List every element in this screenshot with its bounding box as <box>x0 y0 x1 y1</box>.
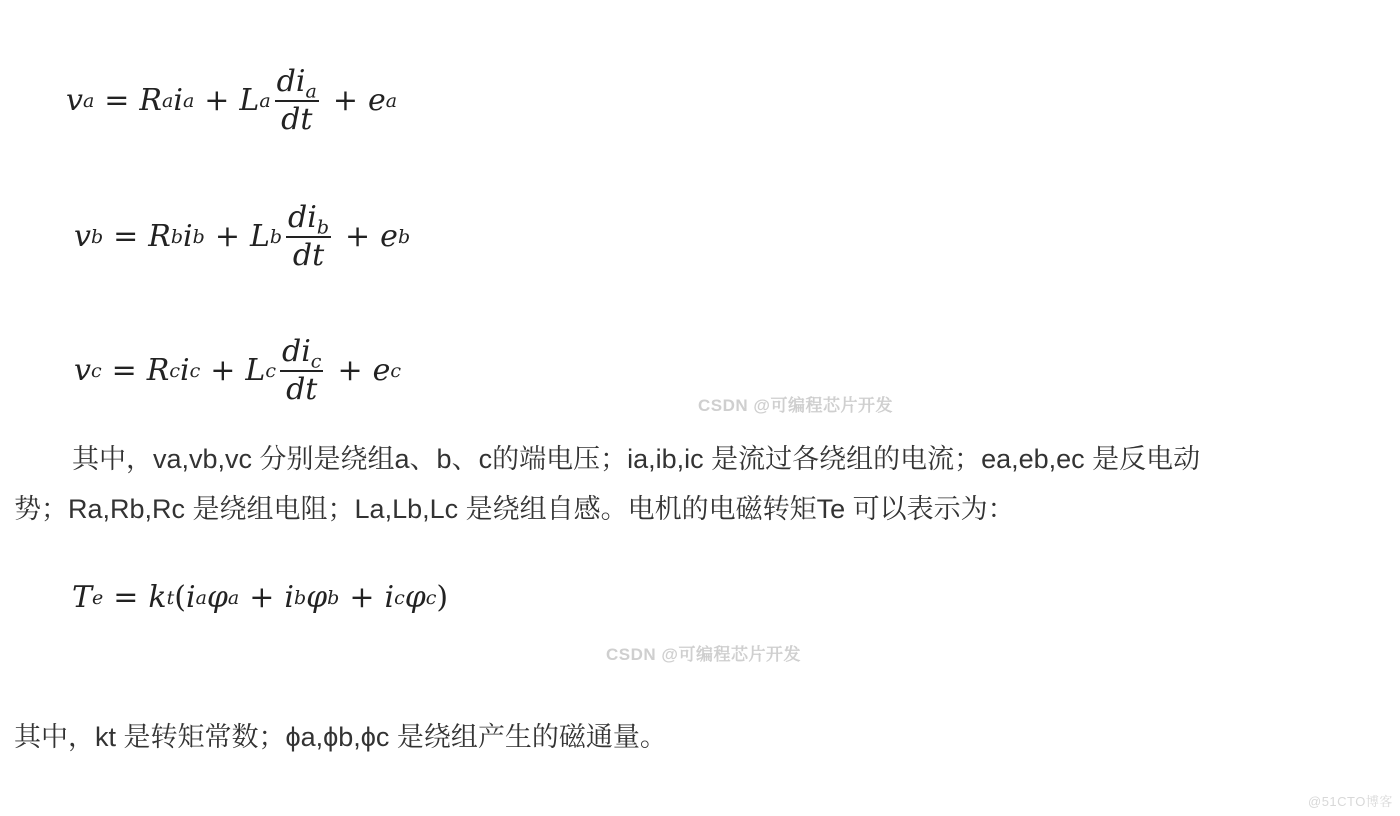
var: L <box>239 83 259 118</box>
var: i <box>186 580 196 615</box>
var: φ <box>207 580 228 615</box>
var: i <box>284 580 294 615</box>
var: e <box>380 219 398 254</box>
den: dt <box>286 372 317 407</box>
paragraph-definitions: 其中，va,vb,vc 分别是绕组a、b、c的端电压；ia,ib,ic 是流过各… <box>14 434 1394 534</box>
var: L <box>250 219 270 254</box>
var: v <box>66 83 83 118</box>
var: i <box>180 353 190 388</box>
var: φ <box>306 580 327 615</box>
plus: + <box>215 219 240 254</box>
plus: + <box>333 83 358 118</box>
den: dt <box>281 102 312 137</box>
plus: + <box>249 580 274 615</box>
sub: c <box>311 351 322 373</box>
equals: = <box>112 353 137 388</box>
paragraph-line: 其中，va,vb,vc 分别是绕组a、b、c的端电压；ia,ib,ic 是流过各… <box>14 434 1394 484</box>
var: T <box>72 580 92 615</box>
var: i <box>173 83 183 118</box>
equation-torque: Te = kt(iaφa + ibφb + icφc) <box>72 580 448 615</box>
var: φ <box>405 580 426 615</box>
equals: = <box>113 219 138 254</box>
paren: ( <box>174 580 186 615</box>
fraction: dibdt <box>286 202 331 271</box>
equation-va: va = Raia + La diadt + ea <box>66 66 397 135</box>
var: R <box>139 83 162 118</box>
plus: + <box>204 83 229 118</box>
var: v <box>74 219 91 254</box>
watermark-csdn: CSDN @可编程芯片开发 <box>606 640 801 665</box>
num: di <box>288 200 317 235</box>
den: dt <box>293 238 324 273</box>
num: di <box>282 334 311 369</box>
plus: + <box>337 353 362 388</box>
sub: b <box>317 217 329 239</box>
var: L <box>245 353 265 388</box>
plus: + <box>349 580 374 615</box>
paragraph-line: 势；Ra,Rb,Rc 是绕组电阻；La,Lb,Lc 是绕组自感。电机的电磁转矩T… <box>14 484 1394 534</box>
plus: + <box>210 353 235 388</box>
sub: a <box>305 81 316 103</box>
plus: + <box>345 219 370 254</box>
var: k <box>148 580 166 615</box>
watermark-51cto: @51CTO博客 <box>1308 791 1393 810</box>
var: i <box>384 580 394 615</box>
fraction: diadt <box>275 66 319 135</box>
var: i <box>183 219 193 254</box>
paren: ) <box>436 580 448 615</box>
var: e <box>368 83 386 118</box>
var: v <box>74 353 91 388</box>
var: R <box>148 219 171 254</box>
watermark-csdn: CSDN @可编程芯片开发 <box>698 391 893 416</box>
num: di <box>277 64 306 99</box>
equals: = <box>113 580 138 615</box>
fraction: dicdt <box>280 336 323 405</box>
equation-vc: vc = Rcic + Lc dicdt + ec <box>74 336 401 405</box>
var: e <box>373 353 391 388</box>
var: R <box>147 353 170 388</box>
paragraph-flux: 其中，kt 是转矩常数；ϕa,ϕb,ϕc 是绕组产生的磁通量。 <box>14 712 667 762</box>
equation-vb: vb = Rbib + Lb dibdt + eb <box>74 202 410 271</box>
equals: = <box>104 83 129 118</box>
